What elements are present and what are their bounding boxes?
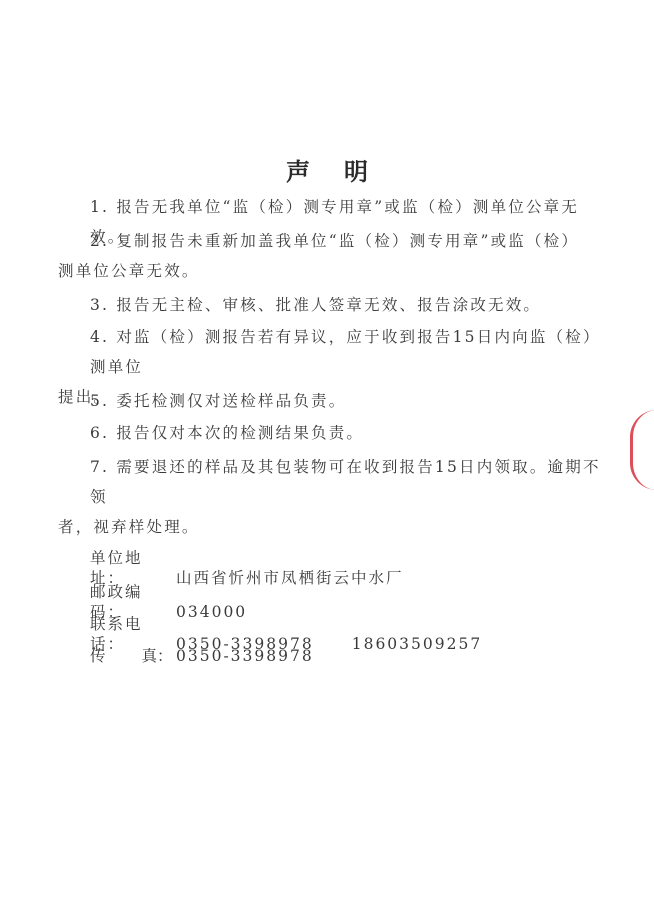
fax-label-a: 传 xyxy=(90,647,106,665)
statement-line: 3. 报告无主检、审核、批准人签章无效、报告涂改无效。 xyxy=(58,290,608,320)
statement-item-6: 6. 报告仅对本次的检测结果负责。 xyxy=(58,418,608,448)
statement-line: 者，视弃样处理。 xyxy=(58,512,608,542)
fax-label-b: 真： xyxy=(142,647,173,665)
red-seal-stamp-fragment xyxy=(630,410,654,490)
statement-line: 6. 报告仅对本次的检测结果负责。 xyxy=(58,418,608,448)
statement-item-3: 3. 报告无主检、审核、批准人签章无效、报告涂改无效。 xyxy=(58,290,608,320)
statement-line: 5. 委托检测仅对送检样品负责。 xyxy=(58,386,608,416)
mobile-value: 18603509257 xyxy=(352,635,482,653)
statement-line: 7. 需要退还的样品及其包装物可在收到报告15日内领取。逾期不领 xyxy=(58,452,608,512)
page-title: 声明 xyxy=(0,152,654,187)
statement-line: 2. 复制报告未重新加盖我单位“监（检）测专用章”或监（检） xyxy=(58,226,608,256)
contact-fax: 传真：0350-3398978 xyxy=(90,646,314,666)
statement-item-5: 5. 委托检测仅对送检样品负责。 xyxy=(58,386,608,416)
statement-item-2: 2. 复制报告未重新加盖我单位“监（检）测专用章”或监（检） 测单位公章无效。 xyxy=(58,226,608,286)
statement-line: 测单位公章无效。 xyxy=(58,256,608,286)
fax-value: 0350-3398978 xyxy=(176,647,314,665)
fax-label: 传真： xyxy=(90,646,176,666)
statement-item-7: 7. 需要退还的样品及其包装物可在收到报告15日内领取。逾期不领 者，视弃样处理… xyxy=(58,452,608,542)
statement-line: 4. 对监（检）测报告若有异议，应于收到报告15日内向监（检）测单位 xyxy=(58,322,608,382)
